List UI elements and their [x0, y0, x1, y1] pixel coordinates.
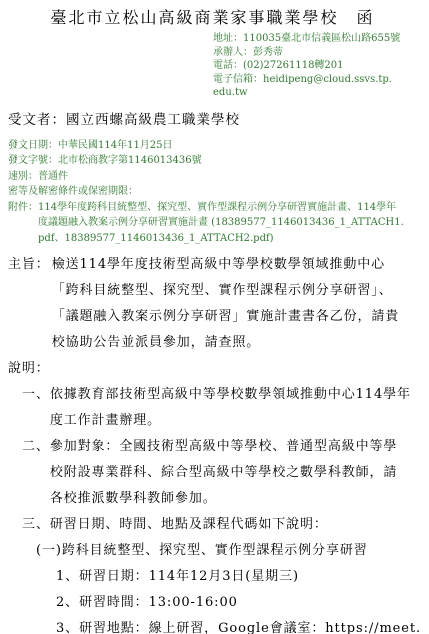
explanation-item-3-value: 研習日期、時間、地點及課程代碼如下說明： [50, 512, 425, 538]
subject-value: 檢送114學年度技術型高級中等學校數學領域推動中心 「跨科目統整型、探究型、實作… [52, 252, 425, 356]
explanation-heading: 說明： [8, 356, 425, 382]
explanation-item-3: 三、 研習日期、時間、地點及課程代碼如下說明： [0, 512, 425, 538]
contact-phone: 電話：(02)27261118轉201 [213, 59, 425, 73]
contact-person: 承辦人：彭秀蒂 [213, 46, 425, 60]
explanation-item-2: 二、 參加對象：全國技術型高級中等學校、普通型高級中等學 校附設專業群科、綜合型… [0, 434, 425, 512]
meta-issue-date-value: 中華民國114年11月25日 [58, 138, 425, 154]
contact-block: 地址：110035臺北市信義區松山路655號 承辦人：彭秀蒂 電話：(02)27… [213, 32, 425, 100]
detail-item-2-value: 研習時間：13:00-16:00 [79, 595, 238, 610]
subject-section: 主旨： 檢送114學年度技術型高級中等學校數學領域推動中心 「跨科目統整型、探究… [8, 252, 425, 356]
document-title: 臺北市立松山高級商業家事職業學校 函 [0, 5, 425, 28]
detail-item-1: 1、研習日期：114年12月3日(星期三) [0, 564, 425, 590]
meta-block: 發文日期： 中華民國114年11月25日 發文字號： 北市松商教字第114601… [8, 138, 425, 247]
contact-address: 地址：110035臺北市信義區松山路655號 [213, 32, 425, 46]
explanation-item-3-label: 三、 [22, 512, 50, 538]
detail-item-1-label: 1、 [56, 569, 79, 584]
sub-item-1-label: (一) [36, 543, 62, 558]
explanation-item-1: 一、 依據教育部技術型高級中等學校數學領域推動中心114學年 度工作計畫辦理。 [0, 382, 425, 434]
explanation-item-2-value: 參加對象：全國技術型高級中等學校、普通型高級中等學 校附設專業群科、綜合型高級中… [50, 434, 425, 512]
explanation-item-1-label: 一、 [22, 382, 50, 408]
detail-item-1-value: 研習日期：114年12月3日(星期三) [79, 569, 299, 584]
sub-item-1-value: 跨科目統整型、探究型、實作型課程示例分享研習 [62, 543, 368, 558]
official-letter-page: 臺北市立松山高級商業家事職業學校 函 地址：110035臺北市信義區松山路655… [0, 5, 429, 634]
meta-speed-value: 普通件 [38, 169, 425, 185]
detail-item-3-label: 3、 [56, 621, 79, 634]
explanation-item-2-label: 二、 [22, 434, 50, 460]
recipient-line: 受文者：國立西螺高級農工職業學校 [8, 110, 425, 130]
meta-doc-number: 發文字號： 北市松商教字第1146013436號 [8, 153, 425, 169]
contact-email: 電子信箱：heidipeng@cloud.ssvs.tp. edu.tw [213, 73, 425, 100]
meta-issue-date: 發文日期： 中華民國114年11月25日 [8, 138, 425, 154]
meta-attachment-value: 114學年度跨科目統整型、探究型、實作型課程示例分享研習實施計畫、114學年 度… [38, 200, 425, 247]
detail-item-3-value: 研習地點：線上研習，Google會議室：https://meet. [79, 621, 421, 634]
meta-attachment-label: 附件： [8, 200, 38, 216]
meta-doc-number-label: 發文字號： [8, 153, 58, 169]
sub-item-1: (一)跨科目統整型、探究型、實作型課程示例分享研習 [0, 538, 425, 564]
meta-issue-date-label: 發文日期： [8, 138, 58, 154]
meta-speed: 速別： 普通件 [8, 169, 425, 185]
meta-attachment: 附件： 114學年度跨科目統整型、探究型、實作型課程示例分享研習實施計畫、114… [8, 200, 425, 247]
detail-item-3: 3、研習地點：線上研習，Google會議室：https://meet. [0, 616, 425, 634]
meta-doc-number-value: 北市松商教字第1146013436號 [58, 153, 425, 169]
detail-item-2: 2、研習時間：13:00-16:00 [0, 590, 425, 616]
meta-speed-label: 速別： [8, 169, 38, 185]
detail-item-2-label: 2、 [56, 595, 79, 610]
meta-security-label: 密等及解密條件或保密期限： [8, 184, 138, 200]
subject-label: 主旨： [8, 252, 50, 278]
explanation-item-1-value: 依據教育部技術型高級中等學校數學領域推動中心114學年 度工作計畫辦理。 [50, 382, 425, 434]
meta-security: 密等及解密條件或保密期限： [8, 184, 425, 200]
